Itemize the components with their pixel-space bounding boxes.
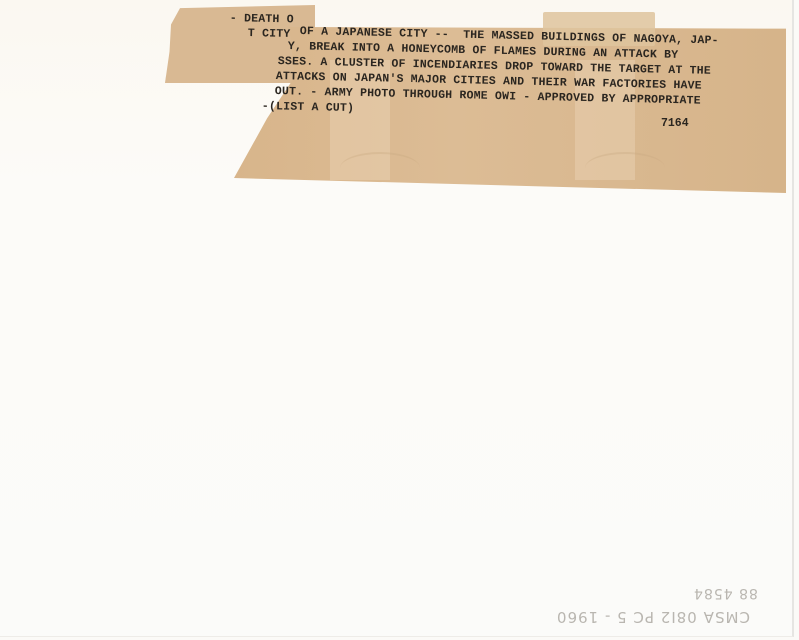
- handwritten-note-2: CMSA 08I2 PC 5 - 1960: [556, 608, 750, 626]
- fragment-line-1: - DEATH O: [230, 12, 294, 27]
- reference-number: 7164: [661, 117, 689, 130]
- fragment-line-2: T CITY: [248, 27, 291, 42]
- watermark-fleur-icon: [340, 152, 420, 184]
- photo-card-back: - DEATH O T CITY OF A JAPANESE CITY -- T…: [0, 0, 794, 637]
- watermark-fleur-icon: [585, 152, 665, 184]
- caption-line: -(LIST A CUT): [262, 100, 355, 116]
- handwritten-note-1: 88 4584: [693, 585, 758, 601]
